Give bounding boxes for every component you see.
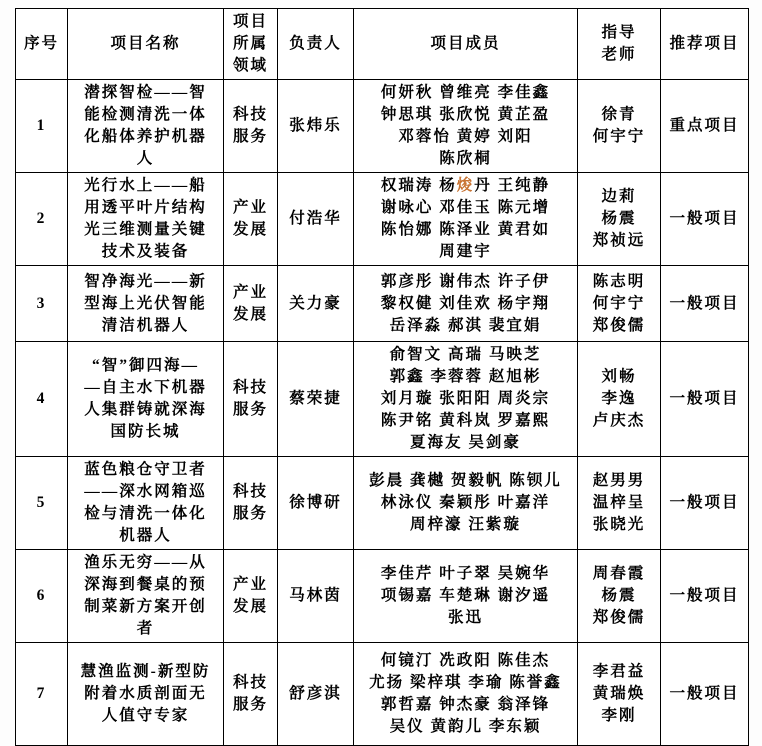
header-index: 序号 — [16, 9, 68, 80]
header-advisors: 指导 老师 — [578, 9, 661, 80]
table-row: 7 慧渔监测-新型防 附着水质剖面无 人值守专家 科技 服务 舒彦淇 何镜汀 冼… — [16, 643, 749, 746]
projects-table: 序号 项目名称 项目 所属 领域 负责人 项目成员 指导 老师 推荐项目 1 潜… — [15, 8, 749, 746]
cell-project-name: 蓝色粮仓守卫者 ——深水网箱巡 检与清洗一体化 机器人 — [68, 457, 224, 550]
table-row: 6 渔乐无穷——从 深海到餐桌的预 制菜新方案开创 者 产业 发展 马林茵 李佳… — [16, 550, 749, 643]
document-page: 序号 项目名称 项目 所属 领域 负责人 项目成员 指导 老师 推荐项目 1 潜… — [0, 0, 762, 738]
cell-recommendation: 一般项目 — [661, 643, 749, 746]
cell-members: 俞智文 高瑞 马映芝 郭鑫 李蓉蓉 赵旭彬 刘月璇 张阳阳 周炎宗 陈尹铭 黄科… — [354, 342, 578, 457]
cell-leader: 舒彦淇 — [278, 643, 354, 746]
cell-members: 李佳芹 叶子翠 吴婉华 项锡嘉 车楚琳 谢汐遥 张迅 — [354, 550, 578, 643]
cell-recommendation: 一般项目 — [661, 457, 749, 550]
cell-recommendation: 一般项目 — [661, 342, 749, 457]
table-row: 5 蓝色粮仓守卫者 ——深水网箱巡 检与清洗一体化 机器人 科技 服务 徐博研 … — [16, 457, 749, 550]
cell-members: 何镜汀 冼政阳 陈佳杰 尤扬 梁梓琪 李瑜 陈誉鑫 郭哲嘉 钟杰豪 翁泽锋 吴仪… — [354, 643, 578, 746]
cell-field: 科技 服务 — [224, 342, 278, 457]
cell-leader: 张炜乐 — [278, 80, 354, 173]
cell-advisors: 刘畅 李逸 卢庆杰 — [578, 342, 661, 457]
cell-field: 科技 服务 — [224, 643, 278, 746]
cell-index: 5 — [16, 457, 68, 550]
cell-project-name: “智”御四海— —自主水下机器 人集群铸就深海 国防长城 — [68, 342, 224, 457]
cell-recommendation: 一般项目 — [661, 266, 749, 342]
cell-members: 何妍秋 曾维亮 李佳鑫 钟思琪 张欣悦 黄芷盈 邓蓉怡 黄婷 刘阳 陈欣桐 — [354, 80, 578, 173]
cell-field: 科技 服务 — [224, 457, 278, 550]
cell-project-name: 光行水上——船 用透平叶片结构 光三维测量关键 技术及装备 — [68, 173, 224, 266]
cell-members: 郭彦彤 谢伟杰 许子伊 黎权健 刘佳欢 杨宇翔 岳泽淼 郝淇 裴宜娟 — [354, 266, 578, 342]
cell-index: 7 — [16, 643, 68, 746]
table-row: 4 “智”御四海— —自主水下机器 人集群铸就深海 国防长城 科技 服务 蔡荣捷… — [16, 342, 749, 457]
cell-advisors: 边莉 杨震 郑祯远 — [578, 173, 661, 266]
cell-advisors: 周春霞 杨震 郑俊儒 — [578, 550, 661, 643]
table-row: 2 光行水上——船 用透平叶片结构 光三维测量关键 技术及装备 产业 发展 付浩… — [16, 173, 749, 266]
cell-recommendation: 重点项目 — [661, 80, 749, 173]
cell-field: 产业 发展 — [224, 266, 278, 342]
header-project-name: 项目名称 — [68, 9, 224, 80]
cell-project-name: 慧渔监测-新型防 附着水质剖面无 人值守专家 — [68, 643, 224, 746]
header-field: 项目 所属 领域 — [224, 9, 278, 80]
cell-index: 4 — [16, 342, 68, 457]
cell-field: 产业 发展 — [224, 550, 278, 643]
cell-index: 1 — [16, 80, 68, 173]
cell-advisors: 徐青 何宇宁 — [578, 80, 661, 173]
cell-index: 3 — [16, 266, 68, 342]
cell-leader: 徐博研 — [278, 457, 354, 550]
cell-members: 权瑞涛 杨焌丹 王纯静 谢咏心 邓佳玉 陈元增 陈怡娜 陈泽业 黄君如 周建宇 — [354, 173, 578, 266]
cell-leader: 付浩华 — [278, 173, 354, 266]
table-row: 1 潜探智检——智 能检测清洗一体 化船体养护机器 人 科技 服务 张炜乐 何妍… — [16, 80, 749, 173]
header-leader: 负责人 — [278, 9, 354, 80]
cell-recommendation: 一般项目 — [661, 550, 749, 643]
cell-project-name: 渔乐无穷——从 深海到餐桌的预 制菜新方案开创 者 — [68, 550, 224, 643]
header-row: 序号 项目名称 项目 所属 领域 负责人 项目成员 指导 老师 推荐项目 — [16, 9, 749, 80]
header-recommendation: 推荐项目 — [661, 9, 749, 80]
cell-field: 产业 发展 — [224, 173, 278, 266]
cell-advisors: 陈志明 何宇宁 郑俊儒 — [578, 266, 661, 342]
highlighted-char: 焌 — [457, 177, 475, 194]
cell-advisors: 李君益 黄瑞焕 李刚 — [578, 643, 661, 746]
cell-index: 2 — [16, 173, 68, 266]
cell-field: 科技 服务 — [224, 80, 278, 173]
cell-advisors: 赵男男 温梓呈 张晓光 — [578, 457, 661, 550]
cell-recommendation: 一般项目 — [661, 173, 749, 266]
cell-project-name: 智净海光——新 型海上光伏智能 清洁机器人 — [68, 266, 224, 342]
cell-leader: 马林茵 — [278, 550, 354, 643]
cell-members: 彭晨 龚樾 贺毅帆 陈钡儿 林泳仪 秦颖彤 叶嘉洋 周梓濠 汪紫璇 — [354, 457, 578, 550]
cell-leader: 关力豪 — [278, 266, 354, 342]
cell-leader: 蔡荣捷 — [278, 342, 354, 457]
cell-project-name: 潜探智检——智 能检测清洗一体 化船体养护机器 人 — [68, 80, 224, 173]
table-row: 3 智净海光——新 型海上光伏智能 清洁机器人 产业 发展 关力豪 郭彦彤 谢伟… — [16, 266, 749, 342]
header-members: 项目成员 — [354, 9, 578, 80]
cell-index: 6 — [16, 550, 68, 643]
